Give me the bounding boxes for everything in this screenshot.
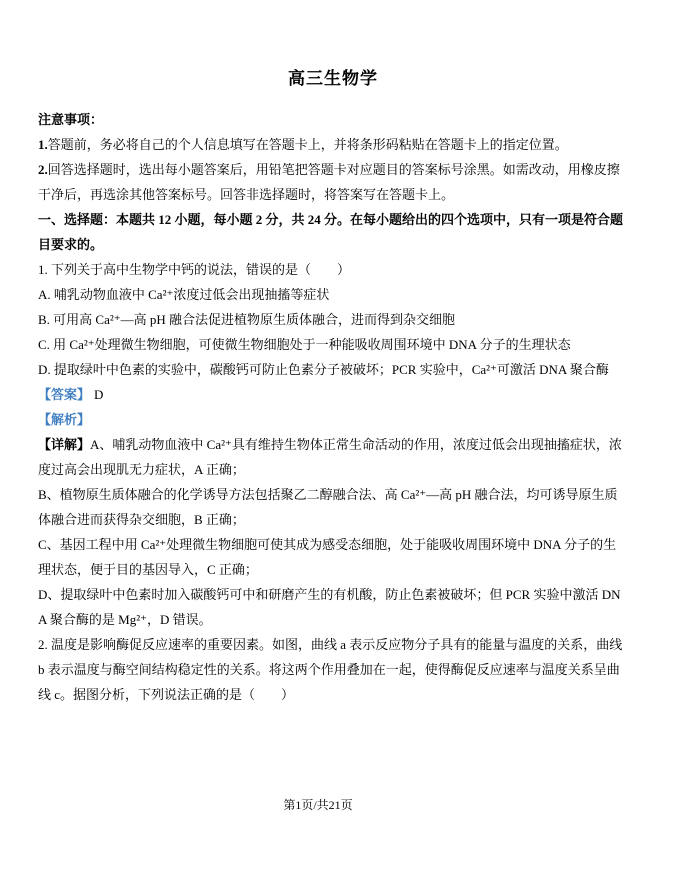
detail-label: 【详解】 bbox=[38, 437, 90, 452]
answer-value: D bbox=[94, 387, 103, 402]
answer-line: 【答案】D bbox=[38, 382, 628, 407]
question-1-option-a: A. 哺乳动物血液中 Ca²⁺浓度过低会出现抽搐等症状 bbox=[38, 282, 628, 307]
answer-label: 【答案】 bbox=[38, 387, 90, 402]
question-1-option-d: D. 提取绿叶中色素的实验中，碳酸钙可防止色素分子被破坏；PCR 实验中，Ca²… bbox=[38, 357, 628, 382]
question-1-option-b: B. 可用高 Ca²⁺—高 pH 融合法促进植物原生质体融合，进而得到杂交细胞 bbox=[38, 307, 628, 332]
document-page: 高三生物学 注意事项： 1.答题前，务必将自己的个人信息填写在答题卡上，并将条形… bbox=[38, 68, 628, 707]
detail-text-a: A、哺乳动物血液中 Ca²⁺具有维持生物体正常生命活动的作用，浓度过低会出现抽搐… bbox=[38, 437, 622, 477]
question-1-option-c: C. 用 Ca²⁺处理微生物细胞，可使微生物细胞处于一种能吸收周围环境中 DNA… bbox=[38, 332, 628, 357]
page-footer: 第1页/共21页 bbox=[38, 796, 598, 814]
notice-item-1-text: 答题前，务必将自己的个人信息填写在答题卡上，并将条形码粘贴在答题卡上的指定位置。 bbox=[48, 137, 568, 152]
page-title: 高三生物学 bbox=[38, 68, 628, 90]
question-2-stem: 2. 温度是影响酶促反应速率的重要因素。如图，曲线 a 表示反应物分子具有的能量… bbox=[38, 632, 628, 707]
detail-paragraph-d: D、提取绿叶中色素时加入碳酸钙可中和研磨产生的有机酸，防止色素被破坏；但 PCR… bbox=[38, 582, 628, 632]
question-1-stem: 1. 下列关于高中生物学中钙的说法，错误的是（ ） bbox=[38, 257, 628, 282]
section-header: 一、选择题：本题共 12 小题，每小题 2 分，共 24 分。在每小题给出的四个… bbox=[38, 207, 628, 257]
notice-heading: 注意事项： bbox=[38, 107, 628, 132]
notice-item-2-text: 回答选择题时，选出每小题答案后，用铅笔把答题卡对应题目的答案标号涂黑。如需改动，… bbox=[38, 162, 620, 202]
analysis-label: 【解析】 bbox=[38, 412, 90, 427]
notice-item-2: 2.回答选择题时，选出每小题答案后，用铅笔把答题卡对应题目的答案标号涂黑。如需改… bbox=[38, 157, 628, 207]
detail-paragraph-b: B、植物原生质体融合的化学诱导方法包括聚乙二醇融合法、高 Ca²⁺—高 pH 融… bbox=[38, 482, 628, 532]
detail-paragraph-c: C、基因工程中用 Ca²⁺处理微生物细胞可使其成为感受态细胞，处于能吸收周围环境… bbox=[38, 532, 628, 582]
detail-paragraph-a: 【详解】A、哺乳动物血液中 Ca²⁺具有维持生物体正常生命活动的作用，浓度过低会… bbox=[38, 432, 628, 482]
analysis-line: 【解析】 bbox=[38, 407, 628, 432]
notice-item-2-number: 2. bbox=[38, 162, 48, 177]
notice-item-1: 1.答题前，务必将自己的个人信息填写在答题卡上，并将条形码粘贴在答题卡上的指定位… bbox=[38, 132, 628, 157]
notice-item-1-number: 1. bbox=[38, 137, 48, 152]
